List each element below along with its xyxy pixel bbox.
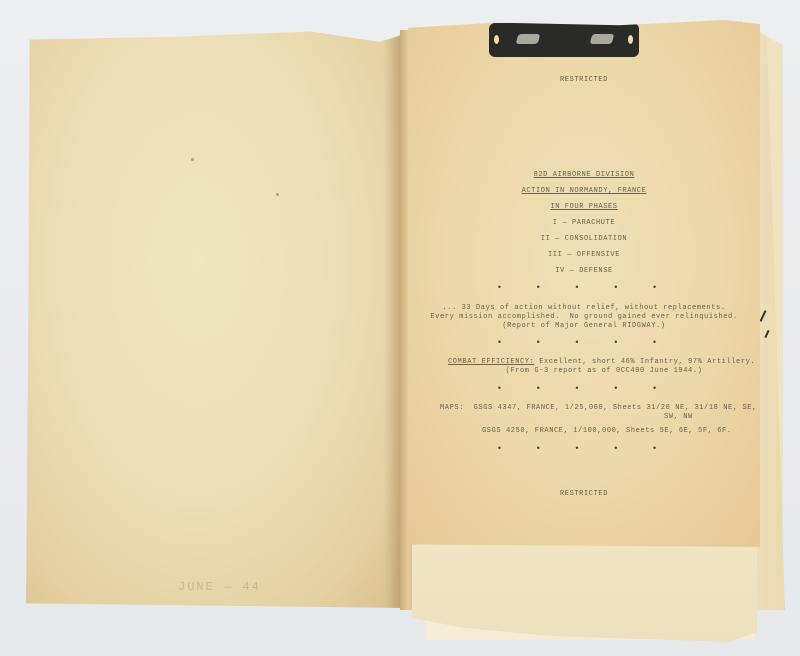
fastener-hole <box>628 35 633 44</box>
quote-line-2: Every mission accomplished. No ground ga… <box>408 313 760 321</box>
paper-spot <box>276 193 279 196</box>
phase-3: III — OFFENSIVE <box>408 251 760 259</box>
folder-left-cover: JUNE — 44 <box>26 28 406 608</box>
phase-2: II — CONSOLIDATION <box>408 235 760 243</box>
maps-line-3: GSGS 4250, FRANCE, 1/100,000, Sheets 5E,… <box>482 427 760 435</box>
title-line-3: IN FOUR PHASES <box>408 203 760 211</box>
phase-1: I — PARACHUTE <box>408 219 760 227</box>
title-line-1: 82D AIRBORNE DIVISION <box>408 171 760 179</box>
fastener-prong <box>590 34 615 44</box>
paper-spot <box>191 158 194 161</box>
combat-efficiency-label: COMBAT EFFICIENCY: <box>448 358 534 366</box>
ink-mark <box>764 330 769 338</box>
cover-faint-text: JUNE — 44 <box>178 580 261 594</box>
maps-line-1: MAPS: GSGS 4347, FRANCE, 1/25,000, Sheet… <box>440 404 760 412</box>
separator-dots: • • • • • <box>408 338 760 348</box>
separator-dots: • • • • • <box>408 444 760 454</box>
title-line-2: ACTION IN NORMANDY, FRANCE <box>408 187 760 195</box>
combat-efficiency-value: Excellent, short 46% Infantry, 97% Artil… <box>534 358 755 366</box>
quote-attribution: (Report of Major General RIDGWAY.) <box>408 322 760 330</box>
quote-line-1: ... 33 Days of action without relief, wi… <box>408 304 760 312</box>
fastener-hole <box>494 35 499 44</box>
paper-fastener <box>489 23 639 57</box>
phase-4: IV — DEFENSE <box>408 267 760 275</box>
photo-scene: JUNE — 44 RESTRICTED 82D AIRBORNE DIVISI… <box>0 0 800 656</box>
separator-dots: • • • • • <box>408 384 760 394</box>
fastener-prong <box>516 34 541 44</box>
ink-mark <box>760 310 767 322</box>
combat-efficiency-line: COMBAT EFFICIENCY: Excellent, short 46% … <box>448 358 760 366</box>
separator-dots: • • • • • <box>408 283 760 293</box>
maps-line-2: SW, NW <box>664 413 760 421</box>
classification-top: RESTRICTED <box>408 76 760 84</box>
classification-bottom: RESTRICTED <box>408 490 760 498</box>
maps-value-1: GSGS 4347, FRANCE, 1/25,000, Sheets 31/2… <box>474 404 757 412</box>
typed-title-page: RESTRICTED 82D AIRBORNE DIVISION ACTION … <box>408 20 760 547</box>
combat-efficiency-source: (From G-3 report as of 0CC400 June 1944.… <box>448 367 760 375</box>
maps-label: MAPS: <box>440 404 464 412</box>
